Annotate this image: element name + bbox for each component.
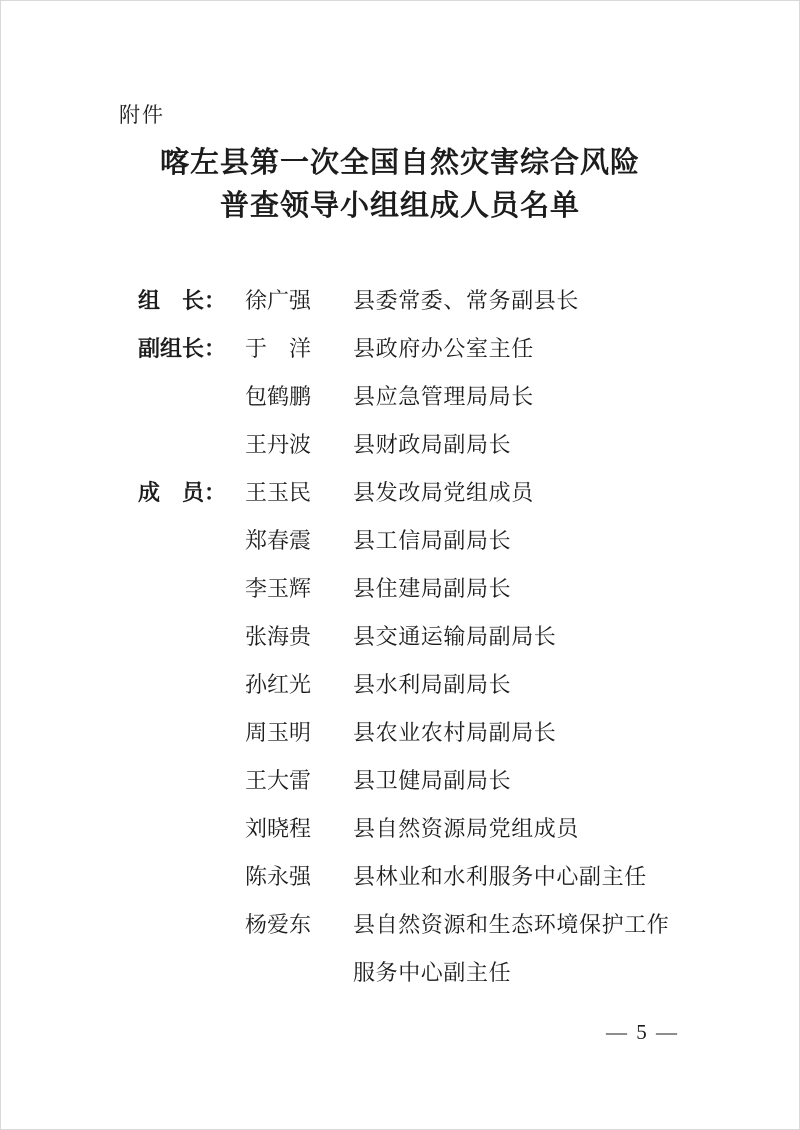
document-title: 喀左县第一次全国自然灾害综合风险 普查领导小组组成人员名单 — [1, 142, 799, 228]
roster-row-name: 包鹤鹏 — [245, 373, 353, 421]
roster-row-name: 王丹波 — [245, 421, 353, 469]
roster-row: 副组长： 于 洋 县政府办公室主任 — [138, 325, 698, 373]
roster-row-name: 郑春震 — [245, 517, 353, 565]
roster-row: 包鹤鹏 县应急管理局局长 — [138, 373, 698, 421]
roster-row-name: 杨爱东 — [245, 901, 353, 949]
roster-row: 郑春震 县工信局副局长 — [138, 517, 698, 565]
roster-row-role: 县应急管理局局长 — [353, 373, 677, 421]
attachment-label: 附件 — [119, 99, 165, 129]
roster-row-role: 县住建局副局长 — [353, 565, 677, 613]
roster-row-name: 王玉民 — [245, 469, 353, 517]
roster-row-label: 副组长： — [138, 325, 245, 373]
roster-row: 李玉辉 县住建局副局长 — [138, 565, 698, 613]
roster-row-name: 李玉辉 — [245, 565, 353, 613]
roster-row: 周玉明 县农业农村局副局长 — [138, 709, 698, 757]
roster-row-name: 陈永强 — [245, 853, 353, 901]
roster-row-role: 县自然资源局党组成员 — [353, 805, 677, 853]
roster-row-name: 孙红光 — [245, 661, 353, 709]
roster-row: 王大雷 县卫健局副局长 — [138, 757, 698, 805]
roster-row-role: 县财政局副局长 — [353, 421, 677, 469]
roster-row-role: 县自然资源和生态环境保护工作服务中心副主任 — [353, 901, 677, 997]
roster-row-name: 周玉明 — [245, 709, 353, 757]
page-number: — 5 — — [606, 1020, 679, 1045]
roster-row-role: 县林业和水利服务中心副主任 — [353, 853, 677, 901]
roster-row-name: 徐广强 — [245, 277, 353, 325]
roster-row: 组 长： 徐广强 县委常委、常务副县长 — [138, 277, 698, 325]
roster-row-role: 县政府办公室主任 — [353, 325, 677, 373]
roster-row: 张海贵 县交通运输局副局长 — [138, 613, 698, 661]
roster-row-label: 成 员： — [138, 469, 245, 517]
roster-row: 陈永强 县林业和水利服务中心副主任 — [138, 853, 698, 901]
roster-row-name: 王大雷 — [245, 757, 353, 805]
roster-row-role: 县水利局副局长 — [353, 661, 677, 709]
document-title-line2: 普查领导小组组成人员名单 — [1, 185, 799, 228]
roster-row: 刘晓程 县自然资源局党组成员 — [138, 805, 698, 853]
roster-row-role: 县农业农村局副局长 — [353, 709, 677, 757]
roster-row-name: 于 洋 — [245, 325, 353, 373]
roster-row: 王丹波 县财政局副局长 — [138, 421, 698, 469]
roster-row-name: 张海贵 — [245, 613, 353, 661]
roster-row-role: 县交通运输局副局长 — [353, 613, 677, 661]
roster-row: 成 员： 王玉民 县发改局党组成员 — [138, 469, 698, 517]
roster-row-role: 县卫健局副局长 — [353, 757, 677, 805]
roster: 组 长： 徐广强 县委常委、常务副县长 副组长： 于 洋 县政府办公室主任 包鹤… — [138, 277, 698, 997]
roster-row-name: 刘晓程 — [245, 805, 353, 853]
roster-row-role: 县发改局党组成员 — [353, 469, 677, 517]
roster-row-label: 组 长： — [138, 277, 245, 325]
document-title-line1: 喀左县第一次全国自然灾害综合风险 — [1, 142, 799, 185]
document-page: 附件 喀左县第一次全国自然灾害综合风险 普查领导小组组成人员名单 组 长： 徐广… — [0, 0, 800, 1130]
roster-row: 孙红光 县水利局副局长 — [138, 661, 698, 709]
roster-row-role: 县工信局副局长 — [353, 517, 677, 565]
roster-row: 杨爱东 县自然资源和生态环境保护工作服务中心副主任 — [138, 901, 698, 997]
roster-row-role: 县委常委、常务副县长 — [353, 277, 677, 325]
